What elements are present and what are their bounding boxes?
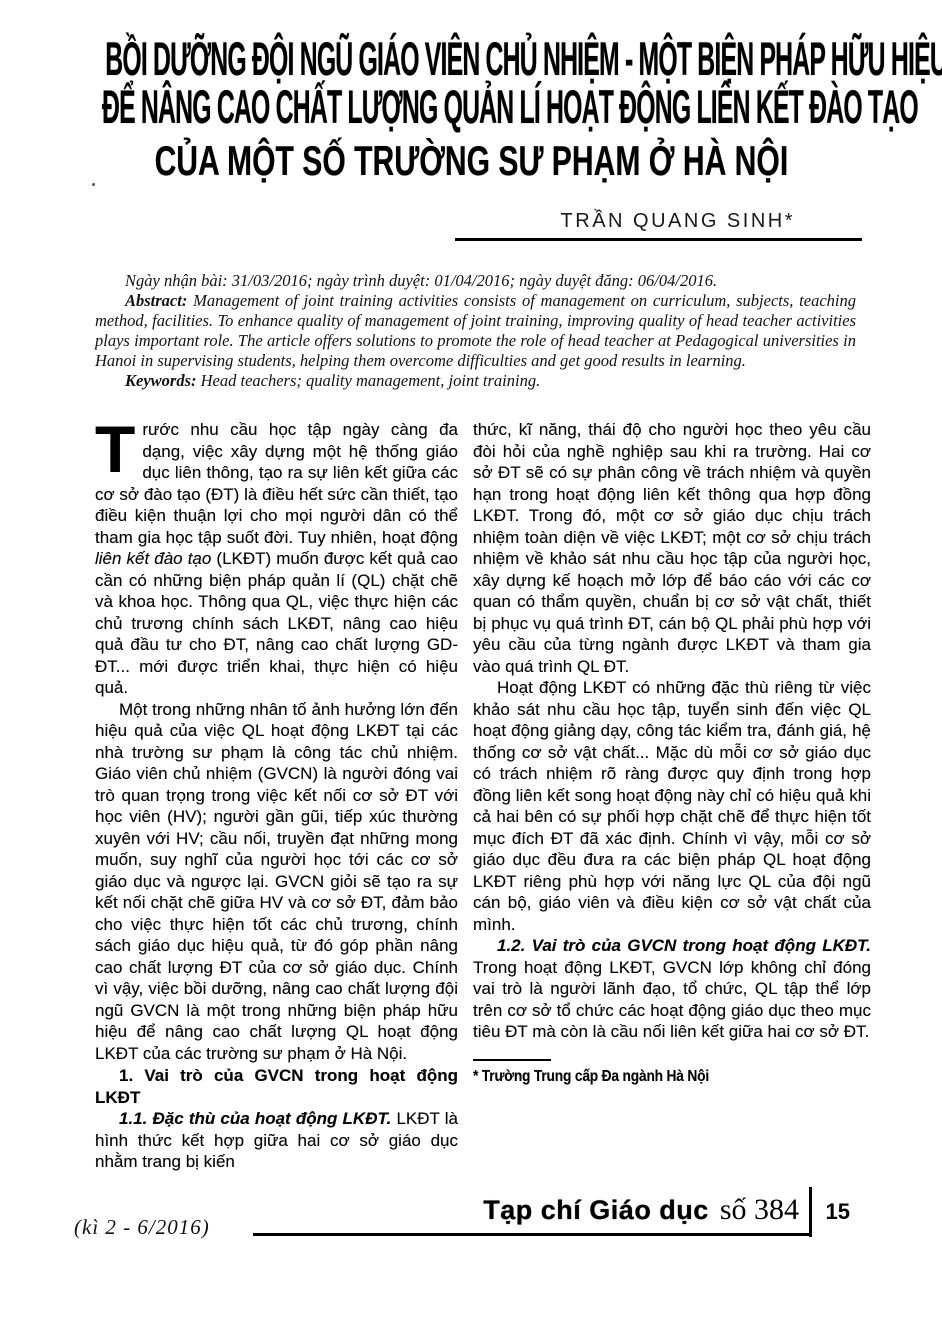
abstract-block: Ngày nhận bài: 31/03/2016; ngày trình du… — [95, 271, 856, 391]
subsection-1-2-lead: 1.2. Vai trò của GVCN trong hoạt động LK… — [497, 936, 871, 955]
paragraph-joint-training-continued: thức, kĩ năng, thái độ cho người học the… — [473, 419, 871, 677]
header-divider-rule — [455, 238, 862, 241]
section-heading-1: 1. Vai trò của GVCN trong hoạt động LKĐT — [95, 1065, 458, 1108]
paragraph-joint-training-specifics: Hoạt động LKĐT có những đặc thù riêng từ… — [473, 677, 871, 935]
article-title-line3-text: CỦA MỘT SỐ TRƯỜNG SƯ PHẠM Ở HÀ NỘI — [154, 131, 788, 192]
author-name: TRẦN QUANG SINH* — [561, 210, 795, 232]
paragraph-intro-text-b: (LKĐT) muốn được kết quả cao cần có nhữn… — [95, 549, 458, 697]
left-column: Trước nhu cầu học tập ngày càng đa dạng,… — [95, 419, 458, 1173]
subsection-1-2: 1.2. Vai trò của GVCN trong hoạt động LK… — [473, 935, 871, 1043]
right-column: thức, kĩ năng, thái độ cho người học the… — [473, 419, 871, 1173]
page-number: 15 — [826, 1199, 850, 1225]
footer-rule — [253, 1233, 812, 1236]
journal-issue-number: số 384 — [720, 1193, 799, 1227]
page-footer: (kì 2 - 6/2016) Tạp chí Giáo dục số 384 … — [0, 1185, 942, 1265]
keywords-text: Head teachers; quality management, joint… — [197, 371, 541, 390]
issue-period: (kì 2 - 6/2016) — [74, 1215, 210, 1240]
keywords-line: Keywords: Head teachers; quality managem… — [95, 371, 856, 391]
subsection-1-1: 1.1. Đặc thù của hoạt động LKĐT. LKĐT là… — [95, 1108, 458, 1173]
submission-dates: Ngày nhận bài: 31/03/2016; ngày trình du… — [95, 271, 856, 291]
article-header: BỒI DƯỠNG ĐỘI NGŨ GIÁO VIÊN CHỦ NHIỆM - … — [0, 0, 942, 241]
footnote-block: * Trường Trung cấp Đa ngành Hà Nội — [473, 1059, 871, 1089]
subsection-1-1-lead: 1.1. Đặc thù của hoạt động LKĐT. — [119, 1109, 391, 1128]
paragraph-intro-italic-term: liên kết đào tạo — [95, 549, 211, 568]
page-number-box: 15 — [809, 1187, 850, 1237]
scan-artifact-dot — [92, 183, 95, 186]
keywords-label: Keywords: — [125, 371, 197, 390]
journal-brand: Tạp chí Giáo dục số 384 — [483, 1193, 799, 1227]
abstract-label: Abstract: — [125, 291, 187, 310]
dropcap-letter: T — [95, 419, 142, 476]
paragraph-role-of-head-teacher: Một trong những nhân tố ảnh hưởng lớn đế… — [95, 699, 458, 1065]
article-title-line2: ĐỂ NÂNG CAO CHẤT LƯỢNG QUẢN LÍ HOẠT ĐỘNG… — [0, 84, 942, 132]
footnote-divider-rule — [473, 1059, 551, 1061]
journal-page: BỒI DƯỠNG ĐỘI NGŨ GIÁO VIÊN CHỦ NHIỆM - … — [0, 0, 942, 1333]
journal-name: Tạp chí Giáo dục — [483, 1195, 709, 1226]
subsection-1-2-text: Trong hoạt động LKĐT, GVCN lớp không chỉ… — [473, 958, 871, 1042]
author-row: TRẦN QUANG SINH* — [0, 210, 942, 233]
article-body: Trước nhu cầu học tập ngày càng đa dạng,… — [95, 419, 868, 1173]
footnote-affiliation: * Trường Trung cấp Đa ngành Hà Nội — [473, 1066, 709, 1089]
paragraph-intro-text-a: rước nhu cầu học tập ngày càng đa dạng, … — [95, 420, 458, 547]
abstract-paragraph: Abstract: Management of joint training a… — [95, 291, 856, 371]
abstract-text: Management of joint training activities … — [95, 291, 856, 370]
paragraph-intro: Trước nhu cầu học tập ngày càng đa dạng,… — [95, 419, 458, 699]
